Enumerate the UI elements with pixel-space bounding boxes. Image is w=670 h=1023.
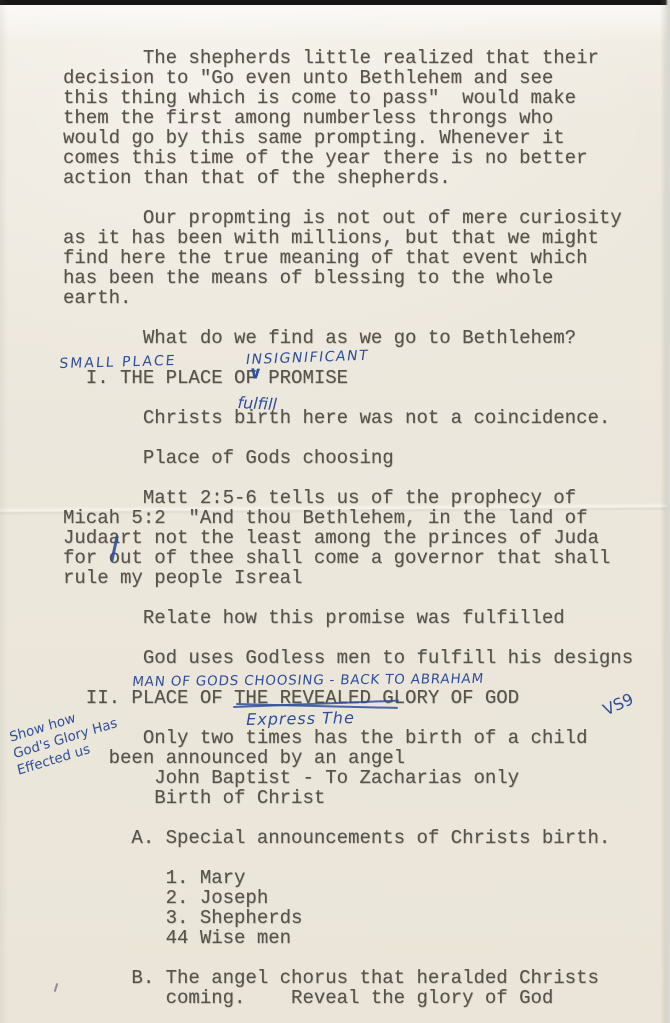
typed-line bbox=[63, 628, 653, 648]
typed-line bbox=[63, 948, 653, 968]
typed-line: Matt 2:5-6 tells us of the prophecy of bbox=[63, 488, 653, 508]
typed-line bbox=[63, 848, 653, 868]
typed-line: Micah 5:2 "And thou Bethlehem, in the la… bbox=[63, 508, 653, 528]
typed-line: John Baptist - To Zacharias only bbox=[63, 768, 653, 788]
typed-line: rule my people Isreal bbox=[63, 568, 653, 588]
typed-line: The shepherds little realized that their bbox=[63, 48, 653, 68]
typed-line: B. The angel chorus that heralded Christ… bbox=[63, 968, 653, 988]
typed-line: Judaart not the least among the princes … bbox=[63, 528, 653, 548]
typed-line bbox=[63, 708, 653, 728]
typed-line: 2. Joseph bbox=[63, 888, 653, 908]
typed-line bbox=[63, 188, 653, 208]
typed-line: Birth of Christ bbox=[63, 788, 653, 808]
paper-left-edge bbox=[0, 0, 8, 1023]
typed-line: decision to "Go even unto Bethlehem and … bbox=[63, 68, 653, 88]
typed-line bbox=[63, 588, 653, 608]
typed-line: 44 Wise men bbox=[63, 928, 653, 948]
typed-line: I. THE PLACE OF PROMISE bbox=[63, 368, 653, 388]
typed-line: Christs birth here was not a coincidence… bbox=[63, 408, 653, 428]
top-fold-highlight bbox=[0, 5, 670, 43]
typed-line: earth. bbox=[63, 288, 653, 308]
typed-line: as it has been with millions, but that w… bbox=[63, 228, 653, 248]
scanned-sermon-notes-page: The shepherds little realized that their… bbox=[0, 0, 670, 1023]
typed-line: coming. Reveal the glory of God bbox=[63, 988, 653, 1008]
typed-line: 3. Shepherds bbox=[63, 908, 653, 928]
typed-line bbox=[63, 428, 653, 448]
typed-line: for out of thee shall come a governor th… bbox=[63, 548, 653, 568]
typed-line: What do we find as we go to Bethlehem? bbox=[63, 328, 653, 348]
typed-line: find here the true meaning of that event… bbox=[63, 248, 653, 268]
typed-line: Only two times has the birth of a child bbox=[63, 728, 653, 748]
paper-right-edge bbox=[660, 0, 670, 1023]
typed-line: them the first among numberless throngs … bbox=[63, 108, 653, 128]
typed-line: God uses Godless men to fulfill his desi… bbox=[63, 648, 653, 668]
typed-line: has been the means of blessing to the wh… bbox=[63, 268, 653, 288]
typed-line: this thing which is come to pass" would … bbox=[63, 88, 653, 108]
handwritten-note-express-the: Express The bbox=[246, 708, 355, 729]
typed-line: been announced by an angel bbox=[63, 748, 653, 768]
typed-line: would go by this same prompting. Wheneve… bbox=[63, 128, 653, 148]
handwritten-note-fulfill: fulfill bbox=[237, 393, 277, 414]
typed-line: A. Special announcements of Christs birt… bbox=[63, 828, 653, 848]
typed-line: action than that of the shepherds. bbox=[63, 168, 653, 188]
typed-line bbox=[63, 308, 653, 328]
handwritten-note-man-of-gods-choosing: MAN OF GODS CHOOSING - BACK TO ABRAHAM bbox=[131, 671, 484, 690]
typewritten-text-block: The shepherds little realized that their… bbox=[63, 48, 653, 1008]
handwritten-note-small-place: SMALL PLACE bbox=[59, 353, 177, 372]
insertion-caret-mark: ∨ bbox=[248, 363, 263, 384]
typed-line: comes this time of the year there is no … bbox=[63, 148, 653, 168]
typed-line: Our propmting is not out of mere curiosi… bbox=[63, 208, 653, 228]
typed-line: Place of Gods choosing bbox=[63, 448, 653, 468]
typed-line bbox=[63, 388, 653, 408]
typed-line: Relate how this promise was fulfilled bbox=[63, 608, 653, 628]
typed-line bbox=[63, 808, 653, 828]
stray-pen-tick bbox=[54, 983, 59, 992]
typed-line: 1. Mary bbox=[63, 868, 653, 888]
typed-line bbox=[63, 468, 653, 488]
